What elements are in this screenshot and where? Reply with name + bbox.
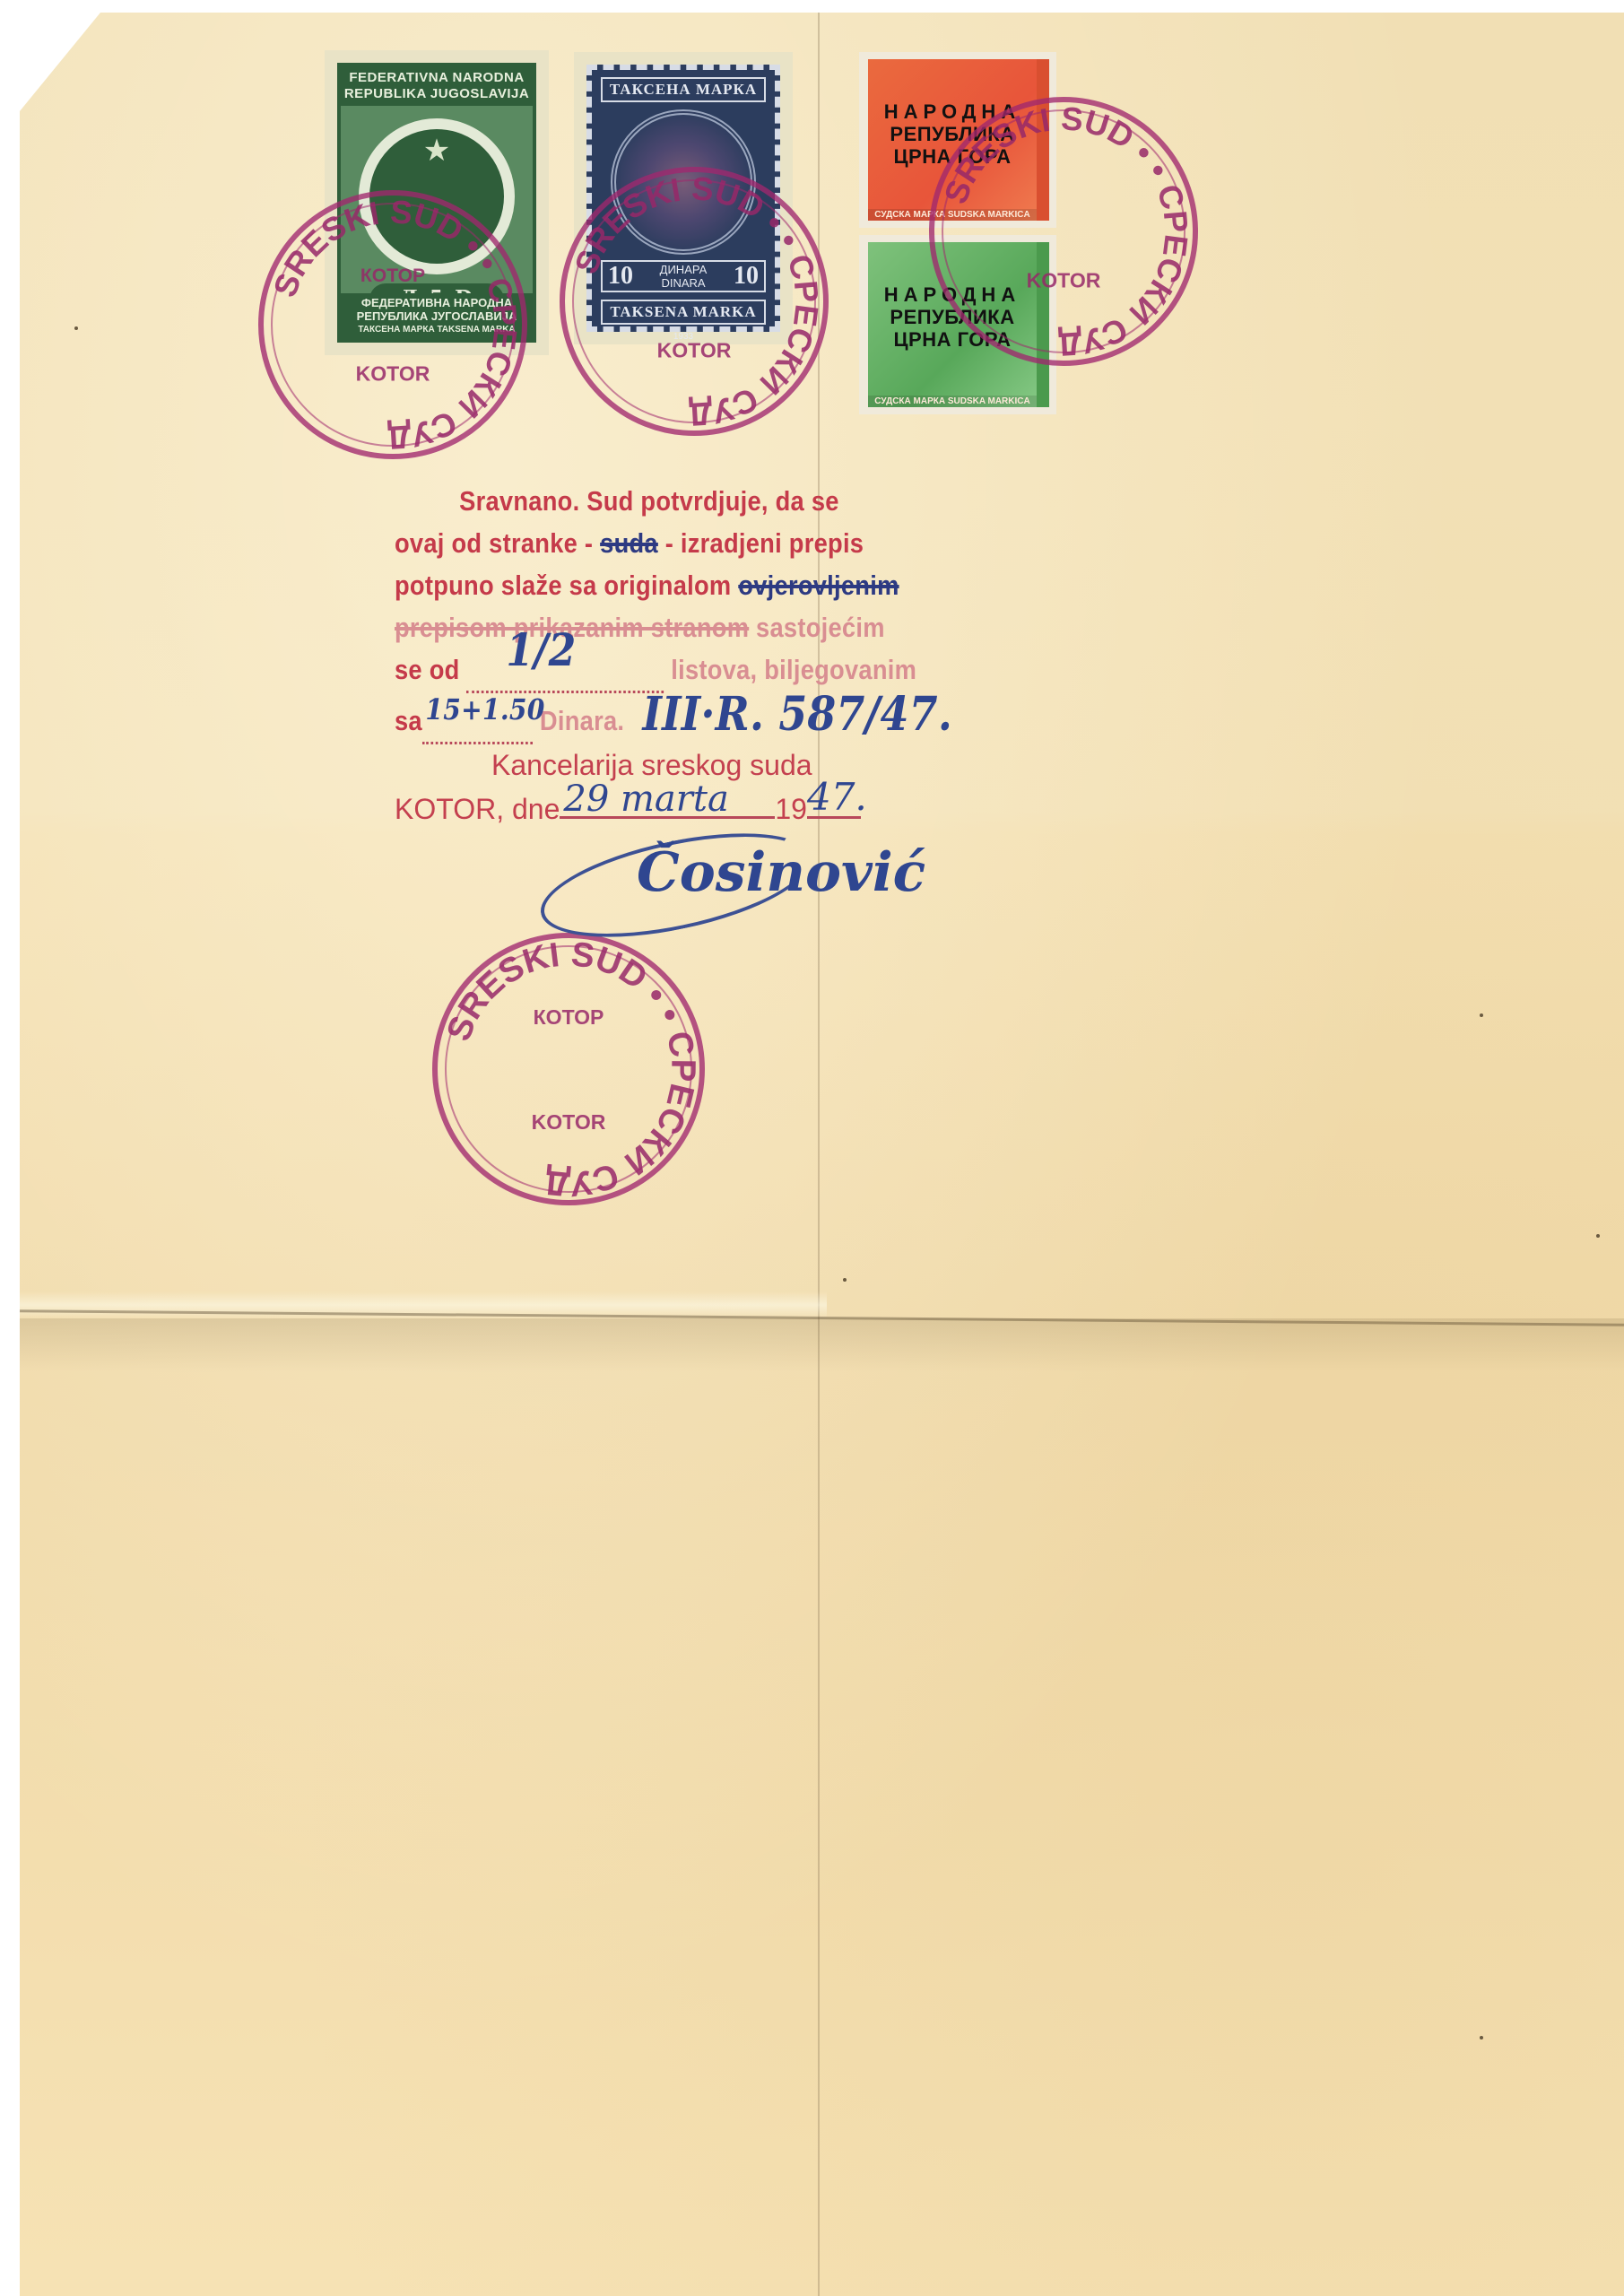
fold-shadow (20, 1318, 1624, 1372)
struck-word: ovjerovljenim (738, 570, 899, 601)
seal-text-icon: SRESKI SUD • • СРЕСКИ СУД KOTOR (934, 102, 1193, 361)
struck-word: suda (600, 527, 658, 559)
handwritten-fee: 15+1.50 (425, 689, 544, 731)
stamp-header: FEDERATIVNA NARODNA REPUBLIKA JUGOSLAVIJ… (341, 66, 533, 106)
court-seal-center: SRESKI SUD • • СРЕСКИ СУД KOTOR (560, 167, 829, 436)
stamp-top-label: ТАКСЕНА МАРКА (601, 77, 766, 102)
cert-line-2: ovaj od stranke - suda - izradjeni prepi… (395, 522, 963, 564)
paper-speck (1480, 1013, 1483, 1017)
court-seal-bottom: SRESKI SUD • • СРЕСКИ СУД КОТОР KOTOR (432, 933, 705, 1205)
seal-outer-cyrillic: СРЕСКИ СУД (688, 250, 826, 433)
seal-outer-cyrillic: СРЕСКИ СУД (543, 1028, 702, 1204)
seal-text-icon: SRESKI SUD • • СРЕСКИ СУД КОТОР KOTOR (438, 938, 699, 1200)
seal-outer-latin: SRESKI SUD (937, 100, 1141, 208)
year-field: 47. (807, 786, 861, 819)
stamp-footer: СУДСКА МАРКА SUDSKA MARKICA (868, 396, 1037, 407)
paper-speck (1596, 1234, 1600, 1238)
seal-inner-bottom: KOTOR (532, 1110, 606, 1134)
seal-text-icon: SRESKI SUD • • СРЕСКИ СУД KOTOR КОТОР (264, 196, 522, 454)
seal-inner-bottom: KOTOR (356, 361, 430, 385)
seal-outer-latin: SRESKI SUD (568, 170, 771, 278)
signature: Čosinović (538, 834, 933, 924)
svg-text:SRESKI SUD • • СРЕСКИ СУД: SRESKI SUD • • СРЕСКИ СУД (937, 100, 1195, 363)
cert-line-3: potpuno slaže sa originalom ovjerovljeni… (395, 564, 963, 606)
svg-text:SRESKI SUD • • СРЕСКИ СУД: SRESKI SUD • • СРЕСКИ СУД (266, 193, 525, 457)
case-number: III·R. 587/47. (642, 687, 952, 742)
handwritten-date: 29 marta (563, 778, 728, 820)
cert-text: listova, biljegovanim (671, 654, 916, 685)
seal-outer-cyrillic: СРЕСКИ СУД (1057, 180, 1195, 363)
sheet-count-field: 1/2 (466, 648, 664, 693)
signature-text: Čosinović (637, 841, 925, 904)
seal-inner-top: КОТОР (534, 1005, 604, 1029)
cert-text: - izradjeni prepis (658, 527, 864, 559)
cert-line-6: sa15+1.50 Dinara. III·R. 587/47. (395, 693, 963, 744)
cert-text: se od (395, 654, 460, 685)
seal-outer-latin: SRESKI SUD (266, 193, 470, 301)
cert-line-4: prepisom prikazanim stranom sastojećim (395, 606, 963, 648)
year-prefix: 19 (775, 793, 807, 825)
handwritten-sheet-count: 1/2 (506, 629, 576, 671)
seal-inner-bottom: KOTOR (657, 338, 732, 361)
seal-text-icon: SRESKI SUD • • СРЕСКИ СУД KOTOR (565, 172, 823, 430)
date-field: 29 marta (560, 786, 775, 819)
seal-inner-top: КОТОР (360, 265, 425, 286)
paper-speck (843, 1278, 847, 1282)
cert-text: sastojećim (749, 612, 885, 643)
place-label: KOTOR, dne (395, 793, 560, 825)
cert-line-1: Sravnano. Sud potvrdjuje, da se (395, 480, 963, 522)
certification-block: Sravnano. Sud potvrdjuje, da se ovaj od … (395, 480, 1040, 830)
cert-text: potpuno slaže sa originalom (395, 570, 738, 601)
svg-text:SRESKI SUD • • СРЕСКИ СУД: SRESKI SUD • • СРЕСКИ СУД (439, 935, 703, 1204)
paper-speck (1480, 2036, 1483, 2039)
paper-speck (74, 326, 78, 330)
seal-outer-cyrillic: СРЕСКИ СУД (386, 274, 525, 457)
court-seal-left: SRESKI SUD • • СРЕСКИ СУД KOTOR КОТОР (258, 190, 527, 459)
handwritten-year: 47. (807, 777, 867, 818)
cert-text: sa (395, 705, 422, 736)
court-seal-right: SRESKI SUD • • СРЕСКИ СУД KOTOR (929, 97, 1198, 366)
seal-inner-bottom: KOTOR (1027, 268, 1101, 291)
fee-field: 15+1.50 (422, 700, 533, 744)
seal-outer-latin: SRESKI SUD (439, 935, 655, 1046)
cert-text: ovaj od stranke - (395, 527, 600, 559)
svg-text:SRESKI SUD • • СРЕСКИ СУД: SRESKI SUD • • СРЕСКИ СУД (568, 170, 826, 433)
cert-text: Dinara. (540, 705, 624, 736)
date-line: KOTOR, dne29 marta1947. (395, 786, 1040, 830)
